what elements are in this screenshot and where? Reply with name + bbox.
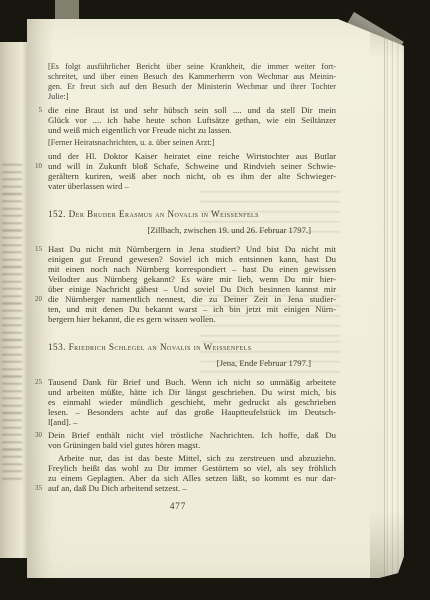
- margin-line-number: 10: [32, 161, 42, 171]
- text-line: [Ferner Heiratsnachrichten, u. a. über s…: [48, 138, 336, 148]
- text-line: Freylich heißt das wohl zu Dir immer Ges…: [48, 463, 336, 473]
- text-line: über einige Nachricht gäbest – Und sovie…: [48, 284, 336, 294]
- text-line: es einmahl wieder mündlich geschieht, me…: [48, 397, 336, 407]
- text-line: Arbeite nur, das ist das beste Mittel, s…: [48, 453, 336, 463]
- letter-heading: 153. Friedrich Schlegel an Novalis in We…: [48, 342, 336, 352]
- text-line: schreitet, und über einen Besuch des Kam…: [48, 72, 336, 82]
- text-line: Dein Brief enthält nicht viel tröstliche…: [48, 430, 336, 440]
- margin-line-number: 15: [32, 244, 42, 254]
- text-line: und will in Zukunft bloß Schafe, Schwein…: [48, 161, 336, 171]
- text-line: einigen gut Freund gewesen? Soviel ich m…: [48, 254, 336, 264]
- text-line: Hast Du nicht mit Nürnbergern in Jena st…: [48, 244, 336, 254]
- text-line: 152. Der Bruder Erasmus an Novalis in We…: [48, 209, 336, 219]
- facing-page-edge: [0, 42, 28, 558]
- text-line: und der Hl. Doktor Kaiser heiratet eine …: [48, 151, 336, 161]
- facing-page-ghost-text: [2, 164, 22, 482]
- text-line: auf an, daß Du Dich arbeitend setzest. –: [48, 483, 336, 493]
- paragraph: Hast Du nicht mit Nürnbergern in Jena st…: [48, 244, 336, 324]
- scanned-book-photo: { "document": { "page_number": "477", "c…: [0, 0, 430, 600]
- margin-line-number: 20: [32, 294, 42, 304]
- editorial-note: [Ferner Heiratsnachrichten, u. a. über s…: [48, 138, 336, 148]
- paragraph: Arbeite nur, das ist das beste Mittel, s…: [48, 453, 336, 493]
- text-line: Veilodter aus Nürnberg gekannt? Es wäre …: [48, 274, 336, 284]
- text-line: und weiß mich eigentlich vor Freude nich…: [48, 125, 336, 135]
- margin-line-number: 30: [32, 430, 42, 440]
- letter-dateline: [Jena, Ende Februar 1797.]: [48, 358, 336, 368]
- text-line: Tausend Dank für Brief und Buch. Wenn ic…: [48, 377, 336, 387]
- text-line: [Zillbach, zwischen 19. und 26. Februar …: [48, 225, 336, 235]
- margin-line-number: 25: [32, 377, 42, 387]
- page-number: 477: [48, 501, 336, 511]
- text-line: bergern hier bekannt, die es gern wissen…: [48, 314, 336, 324]
- text-line: [Jena, Ende Februar 1797.]: [48, 358, 336, 368]
- text-line: die eine Braut ist und sehr hübsch sein …: [48, 105, 336, 115]
- text-line: lesen. – Besonders achte auf das große H…: [48, 407, 336, 417]
- book-page: [Es folgt ausführlicher Bericht über sei…: [27, 19, 404, 578]
- text-line: Glück vor .... ich habe heute schon Luft…: [48, 115, 336, 125]
- text-line: zu einem Geplagten. Aber da sich Alles s…: [48, 473, 336, 483]
- text-line: vater überlassen wird –: [48, 181, 336, 191]
- text-line: und arbeiten müßte, hätte ich Dir längst…: [48, 387, 336, 397]
- text-line: 153. Friedrich Schlegel an Novalis in We…: [48, 342, 336, 352]
- paragraph: und der Hl. Doktor Kaiser heiratet eine …: [48, 151, 336, 191]
- editorial-note: [Es folgt ausführlicher Bericht über sei…: [48, 62, 336, 102]
- text-line: [Es folgt ausführlicher Bericht über sei…: [48, 62, 336, 72]
- text-line: gerältern kuriren, weiß aber noch nicht,…: [48, 171, 336, 181]
- text-block: [Es folgt ausführlicher Bericht über sei…: [48, 62, 336, 511]
- text-line: l[and]. –: [48, 417, 336, 427]
- book-spread: [Es folgt ausführlicher Bericht über sei…: [0, 0, 430, 600]
- text-line: von Grüningen bald viel gutes hören mags…: [48, 440, 336, 450]
- paragraph: die eine Braut ist und sehr hübsch sein …: [48, 105, 336, 135]
- text-line: ten, und mit denen Du bekannt warst – ic…: [48, 304, 336, 314]
- paragraph: Dein Brief enthält nicht viel tröstliche…: [48, 430, 336, 450]
- margin-line-number: 5: [32, 105, 42, 115]
- margin-line-number: 35: [32, 483, 42, 493]
- text-line: gen. Er freut sich auf den Besuch der Mi…: [48, 82, 336, 92]
- text-line: mit einen noch nach Nürnberg korrespondi…: [48, 264, 336, 274]
- paragraph: Tausend Dank für Brief und Buch. Wenn ic…: [48, 377, 336, 427]
- letter-dateline: [Zillbach, zwischen 19. und 26. Februar …: [48, 225, 336, 235]
- text-line: die Nürnberger namentlich nennest, die z…: [48, 294, 336, 304]
- fore-edge-shadow: [370, 19, 404, 578]
- letter-heading: 152. Der Bruder Erasmus an Novalis in We…: [48, 209, 336, 219]
- text-line: Julie:]: [48, 92, 336, 102]
